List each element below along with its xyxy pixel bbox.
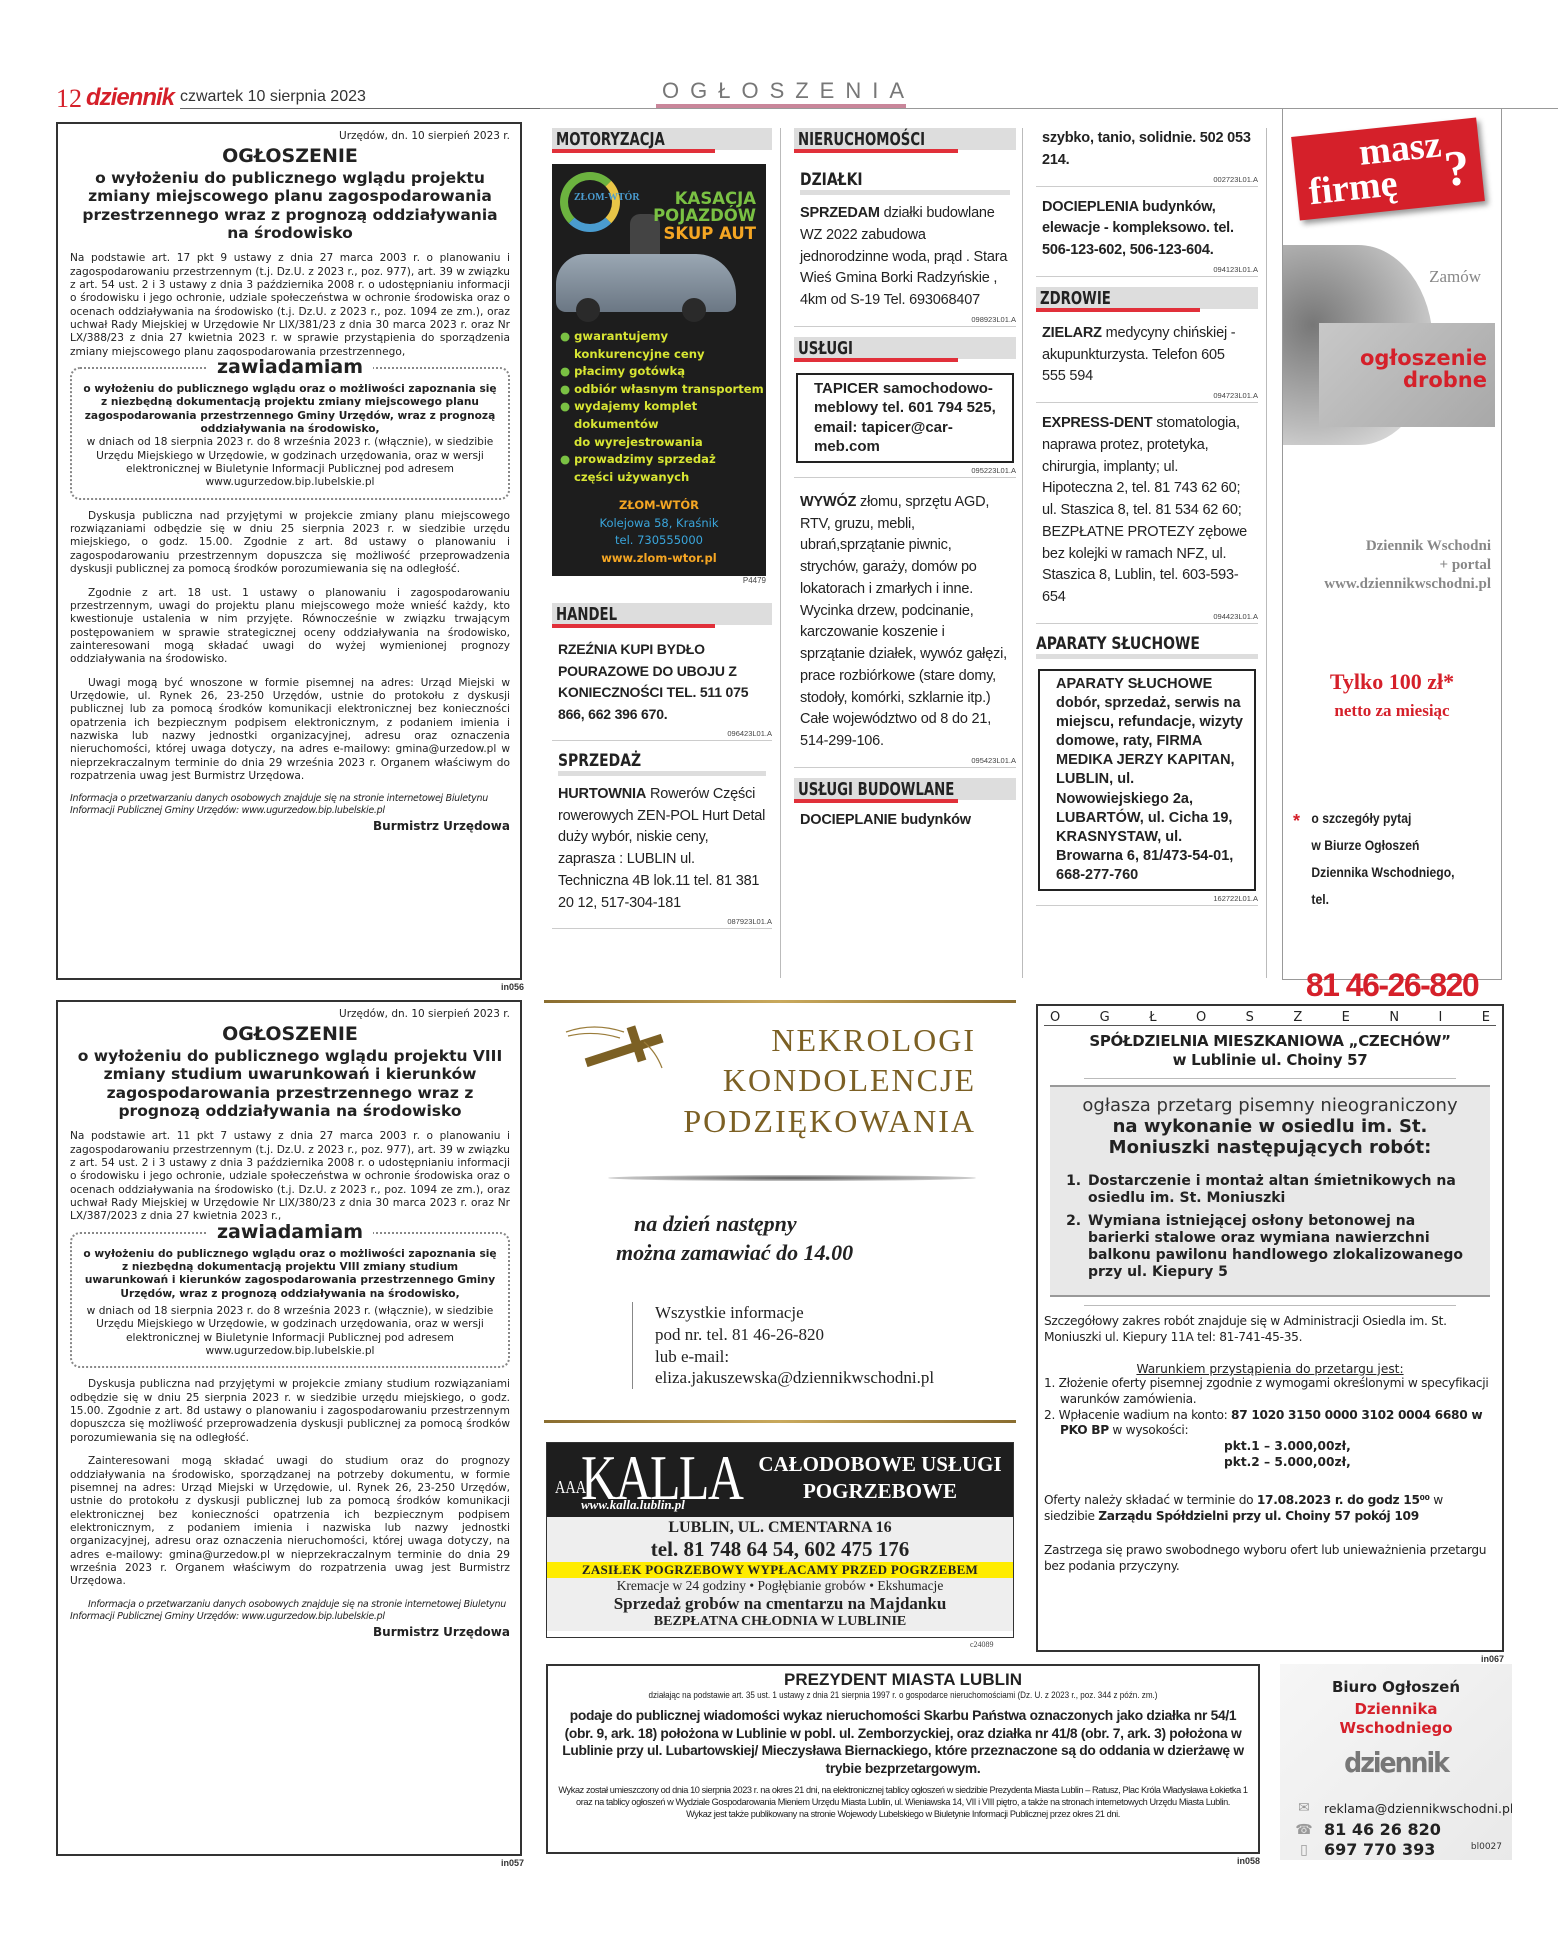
notice-signature: Burmistrz Urzędowa: [70, 819, 510, 834]
ad-website-link: www.zlom-wtor.pl: [552, 550, 766, 568]
biuro-subtitle: DziennikaWschodniego: [1280, 1700, 1512, 1738]
prezydent-lublin-notice: PREZYDENT MIASTA LUBLIN działając na pod…: [546, 1664, 1260, 1854]
notice-para: Dyskusja publiczna nad przyjętymi w proj…: [70, 510, 510, 577]
subcategory-dzialki: DZIAŁKI: [800, 170, 1010, 195]
ad-code: in058: [1206, 1856, 1260, 1866]
notice-box-text: w dniach od 18 sierpnia 2023 r. do 8 wrz…: [82, 1305, 498, 1358]
notice-zawiadamiam: zawiadamiam: [207, 356, 373, 378]
zasilek-banner: ZASIŁEK POGRZEBOWY WYPŁACAMY PRZED POGRZ…: [547, 1562, 1013, 1578]
prezydent-title: PREZYDENT MIASTA LUBLIN: [554, 1670, 1252, 1690]
classified-ad: DOCIEPLANIE budynków: [794, 810, 1016, 832]
ad-code: 087923L01.A: [552, 914, 772, 929]
kalla-phone: tel. 81 748 64 54, 602 475 176: [547, 1537, 1013, 1562]
biuro-title: Biuro Ogłoszeń: [1280, 1678, 1512, 1696]
divider: [1084, 1305, 1456, 1306]
shadow-divider: [608, 1175, 976, 1181]
biuro-email-row: ✉ reklama@dziennikwschodni.pl: [1294, 1800, 1512, 1816]
classifieds-column-2: NIERUCHOMOŚCI DZIAŁKI SPRZEDAM działki b…: [794, 128, 1016, 832]
ad-code: 094123L01.A: [1036, 262, 1258, 277]
biuro-ogloszen-ad[interactable]: Biuro Ogłoszeń DziennikaWschodniego dzie…: [1280, 1664, 1512, 1860]
ad-code: 094423L01.A: [1036, 609, 1258, 624]
zamow-label: Zamów: [1429, 267, 1481, 287]
contact-info: Wszystkie informacje pod nr. tel. 81 46-…: [632, 1302, 934, 1389]
ad-contact: ZŁOM-WTÓR Kolejowa 58, Kraśnik tel. 7305…: [552, 497, 766, 568]
section-title: OGŁOSZENIA: [656, 78, 921, 104]
notice-date: Urzędów, dn. 10 sierpień 2023 r.: [70, 1008, 510, 1021]
ad-bullets: gwarantujemy konkurencyjne ceny płacimy …: [560, 328, 764, 486]
ad-code: in057: [470, 1858, 524, 1868]
prezydent-legal-basis: działając na podstawie art. 35 ust. 1 us…: [606, 1690, 1199, 1701]
category-header-nieruchomosci: NIERUCHOMOŚCI: [794, 128, 1016, 150]
kalla-website-link: www.kalla.lublin.pl: [581, 1497, 685, 1513]
notice-footnote: Informacja o przetwarzaniu danych osobow…: [70, 793, 510, 817]
gold-rule: [544, 1420, 1016, 1423]
notice-date: Urzędów, dn. 10 sierpień 2023 r.: [70, 130, 510, 143]
masz-firme-ad[interactable]: masz firmę ? Zamów ogłoszeniedrobne Dzie…: [1282, 108, 1502, 980]
notice-box-bold: o wyłożeniu do publicznego wglądu oraz o…: [82, 1248, 498, 1301]
notice-intro: Na podstawie art. 11 pkt 7 ustawy z dnia…: [70, 1130, 510, 1223]
notice-subtitle: o wyłożeniu do publicznego wglądu projek…: [70, 1047, 510, 1120]
subcategory-aparaty: APARATY SŁUCHOWE: [1036, 634, 1258, 659]
works-item: Dostarczenie i montaż altan śmietnikowyc…: [1086, 1173, 1478, 1207]
email-link[interactable]: reklama@dziennikwschodni.pl: [1324, 1801, 1512, 1816]
cross-icon: [564, 1022, 674, 1072]
kalla-header: AAA KALLA www.kalla.lublin.pl CAŁODOBOWE…: [547, 1443, 1013, 1517]
condition-item: 1. Złożenie oferty pisemnej zgodnie z wy…: [1060, 1376, 1496, 1408]
classified-ad-boxed: TAPICER samochodowo-meblowy tel. 601 794…: [796, 373, 1014, 463]
notice-para: Uwagi mogą być wnoszone w formie pisemne…: [70, 677, 510, 784]
ad-code: 096423L01.A: [552, 726, 772, 741]
ogloszenie-spaced-header: OGŁOSZENIE: [1044, 1010, 1496, 1026]
mobile-phone-icon: ▯: [1294, 1842, 1314, 1858]
notice-para: Dyskusja publiczna nad przyjętymi w proj…: [70, 1378, 510, 1445]
issue-date: czwartek 10 sierpnia 2023: [180, 88, 366, 106]
zlom-wtor-ad[interactable]: ZŁOM-WTÓR KASACJA POJAZDÓW SKUP AUT gwar…: [552, 164, 766, 576]
ad-code: 098923L01.A: [794, 312, 1016, 327]
telephone-icon: ☎: [1294, 1822, 1314, 1838]
notice-signature: Burmistrz Urzędowa: [70, 1625, 510, 1640]
ad-code: 095423L01.A: [794, 753, 1016, 768]
ad-headline: KASACJA POJAZDÓW SKUP AUT: [653, 190, 756, 242]
category-header-uslugi: USŁUGI: [794, 337, 1016, 359]
prezydent-footer: Wykaz jest także publikowany na stronie …: [554, 1808, 1252, 1820]
column-divider: [780, 128, 781, 978]
notice-zawiadamiam: zawiadamiam: [207, 1221, 373, 1243]
page-number: 12: [56, 84, 82, 114]
kalla-funeral-ad[interactable]: AAA KALLA www.kalla.lublin.pl CAŁODOBOWE…: [546, 1442, 1014, 1638]
notice-title: OGŁOSZENIE: [70, 1023, 510, 1047]
notice-urzedow-studium: Urzędów, dn. 10 sierpień 2023 r. OGŁOSZE…: [56, 1000, 522, 1856]
ad-logo-text: ZŁOM-WTÓR: [574, 192, 640, 203]
notice-para: Zgodnie z art. 18 ust. 1 ustawy o planow…: [70, 587, 510, 667]
offers-text: Oferty należy składać w terminie do 17.0…: [1044, 1493, 1496, 1525]
newspaper-logo: dziennik: [86, 84, 174, 112]
notice-para: Zainteresowani mogą składać uwagi do stu…: [70, 1455, 510, 1588]
notice-intro: Na podstawie art. 17 pkt 9 ustawy z dnia…: [70, 252, 510, 359]
dw-website-link: www.dziennikwschodni.pl: [1324, 575, 1491, 594]
category-header-handel: HANDEL: [552, 603, 772, 625]
category-header-zdrowie: ZDROWIE: [1036, 287, 1258, 309]
gold-rule: [544, 1000, 1016, 1003]
amount: pkt.2 – 5.000,00zł,: [1044, 1455, 1496, 1471]
price-offer: Tylko 100 zł* netto za miesiąc: [1283, 669, 1501, 721]
dziennik-logo: dziennik: [1280, 1746, 1512, 1779]
email-link: eliza.jakuszewska@dziennikwschodni.pl: [655, 1367, 934, 1389]
nekrologi-ad: NEKROLOGI KONDOLENCJE PODZIĘKOWANIA na d…: [544, 1000, 1016, 1380]
business-card: ogłoszeniedrobne: [1319, 323, 1495, 427]
biuro-phone-row: ☎ 81 46 26 820: [1294, 1820, 1441, 1839]
car-image: [556, 254, 736, 312]
classifieds-column-3: szybko, tanio, solidnie. 502 053 214. 00…: [1036, 128, 1258, 916]
ad-code: c24089: [970, 1640, 994, 1649]
classified-ad: RZEŹNIA KUPI BYDŁO POURAZOWE DO UBOJU Z …: [552, 639, 772, 726]
notice-footnote: Informacja o przetwarzaniu danych osobow…: [70, 1599, 510, 1623]
ad-code: in067: [1450, 1654, 1504, 1664]
ad-code: 094723L01.A: [1036, 388, 1258, 403]
ad-code: 162722L01.A: [1036, 891, 1258, 906]
amount: pkt.1 – 3.000,00zł,: [1044, 1439, 1496, 1455]
classifieds-column-1: MOTORYZACJA ZŁOM-WTÓR KASACJA POJAZDÓW S…: [552, 128, 772, 939]
czechow-title: SPÓŁDZIELNIA MIESZKANIOWA „CZECHÓW” w Lu…: [1044, 1032, 1496, 1070]
classified-ad-boxed: APARATY SŁUCHOWE dobór, sprzedaż, serwis…: [1038, 669, 1256, 891]
category-header-uslugi-budowlane: USŁUGI BUDOWLANE: [794, 778, 1016, 800]
subcategory-sprzedaz: SPRZEDAŻ: [558, 751, 766, 776]
price-info: * o szczegóły pytaj w Biurze Ogłoszeń Dz…: [1297, 805, 1472, 913]
ad-code: 095223L01.A: [794, 463, 1016, 478]
reserve-text: Zastrzega się prawo swobodnego wyboru of…: [1044, 1543, 1496, 1575]
condition-item: 2. Wpłacenie wadium na konto: 87 1020 31…: [1060, 1408, 1496, 1440]
envelope-icon: ✉: [1294, 1800, 1314, 1816]
notice-title: OGŁOSZENIE: [70, 145, 510, 169]
ad-code: P4479: [552, 576, 766, 585]
classified-ad: DOCIEPLENIA budynków, elewacje - komplek…: [1036, 197, 1258, 262]
biuro-mobile-row: ▯ 697 770 393: [1294, 1840, 1435, 1859]
conditions-title: Warunkiem przystąpienia do przetargu jes…: [1044, 1362, 1496, 1376]
classified-ad: ZIELARZ medycyny chińskiej - akupunkturz…: [1036, 323, 1258, 388]
divider: [1084, 1078, 1456, 1079]
ad-code: 002723L01.A: [1036, 172, 1258, 187]
masz-firme-tag: masz firmę ?: [1291, 118, 1485, 221]
phone-number: 81 46-26-820: [1283, 967, 1501, 1004]
notice-subtitle: o wyłożeniu do publicznego wglądu projek…: [70, 169, 510, 242]
notice-box: zawiadamiam o wyłożeniu do publicznego w…: [70, 367, 510, 500]
order-deadline: na dzień następny można zamawiać do 14.0…: [616, 1210, 853, 1267]
classified-ad-continued: szybko, tanio, solidnie. 502 053 214.: [1036, 128, 1258, 172]
notice-box-text: w dniach od 18 sierpnia 2023 r. do 8 wrz…: [82, 436, 498, 489]
czechow-tender-notice: OGŁOSZENIE SPÓŁDZIELNIA MIESZKANIOWA „CZ…: [1036, 1004, 1504, 1652]
prezydent-body: podaje do publicznej wiadomości wykaz ni…: [554, 1707, 1252, 1778]
page-header: 12 dziennik czwartek 10 sierpnia 2023 OG…: [56, 84, 1516, 110]
ad-code: in056: [470, 982, 524, 992]
classified-ad: WYWÓZ złomu, sprzętu AGD, RTV, gruzu, me…: [794, 492, 1016, 753]
ad-code: bl0027: [1471, 1842, 1502, 1852]
tender-box: ogłasza przetarg pisemny nieograniczony …: [1050, 1085, 1490, 1298]
prezydent-footer: Wykaz został umieszczony od dnia 10 sier…: [554, 1784, 1252, 1809]
classified-ad: SPRZEDAM działki budowlane WZ 2022 zabud…: [794, 203, 1016, 312]
notice-box-bold: o wyłożeniu do publicznego wglądu oraz o…: [82, 383, 498, 436]
classified-ad: EXPRESS-DENT stomatologia, naprawa prote…: [1036, 413, 1258, 609]
notice-urzedow-plan: Urzędów, dn. 10 sierpień 2023 r. OGŁOSZE…: [56, 122, 522, 980]
nekrologi-title: NEKROLOGI KONDOLENCJE PODZIĘKOWANIA: [683, 1020, 976, 1141]
works-item: Wymiana istniejącej osłony betonowej na …: [1086, 1213, 1478, 1281]
classified-ad: HURTOWNIA Rowerów Części rowerowych ZEN-…: [552, 784, 772, 915]
category-header-motoryzacja: MOTORYZACJA: [552, 128, 772, 150]
notice-box: zawiadamiam o wyłożeniu do publicznego w…: [70, 1232, 510, 1369]
scope-text: Szczegółowy zakres robót znajduje się w …: [1044, 1314, 1496, 1346]
column-divider: [1266, 128, 1267, 978]
works-list: Dostarczenie i montaż altan śmietnikowyc…: [1086, 1173, 1478, 1281]
dw-branding: Dziennik Wschodni + portal www.dziennikw…: [1324, 537, 1491, 593]
column-divider: [1022, 128, 1023, 978]
